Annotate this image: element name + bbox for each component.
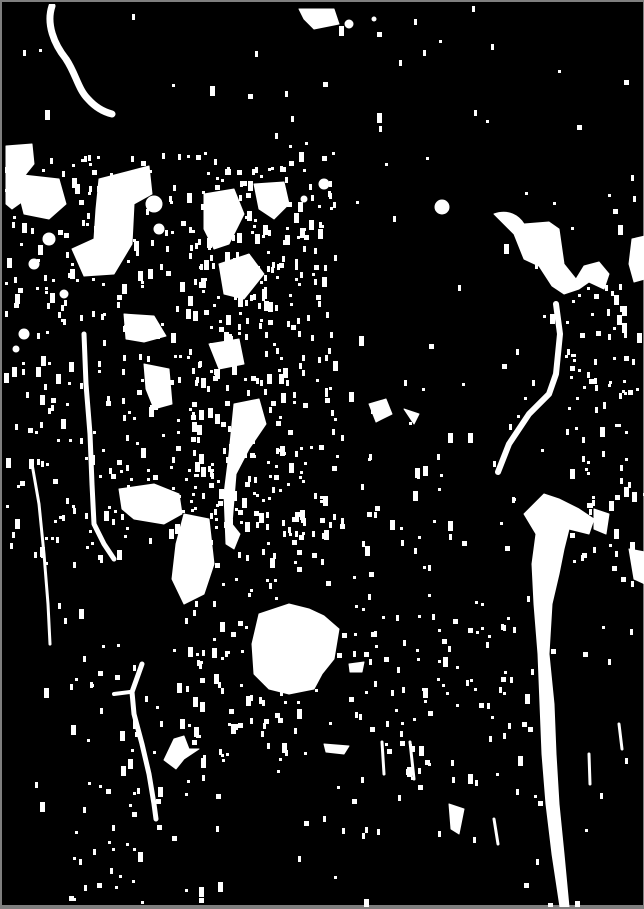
blob-lower-center-small (349, 662, 364, 672)
water-body-right (494, 212, 609, 294)
lower-streaks (382, 724, 622, 844)
pond-center (435, 200, 449, 214)
segmentation-mask (4, 4, 644, 907)
branching-stream-bottom-left (132, 664, 156, 819)
vertical-stream-left (84, 334, 114, 559)
water-edge-right (629, 236, 644, 282)
dense-cluster-upper-left (6, 144, 166, 352)
vertical-river-right (498, 304, 560, 472)
mask-image-frame (0, 0, 644, 909)
curved-river-top-left (50, 6, 112, 114)
